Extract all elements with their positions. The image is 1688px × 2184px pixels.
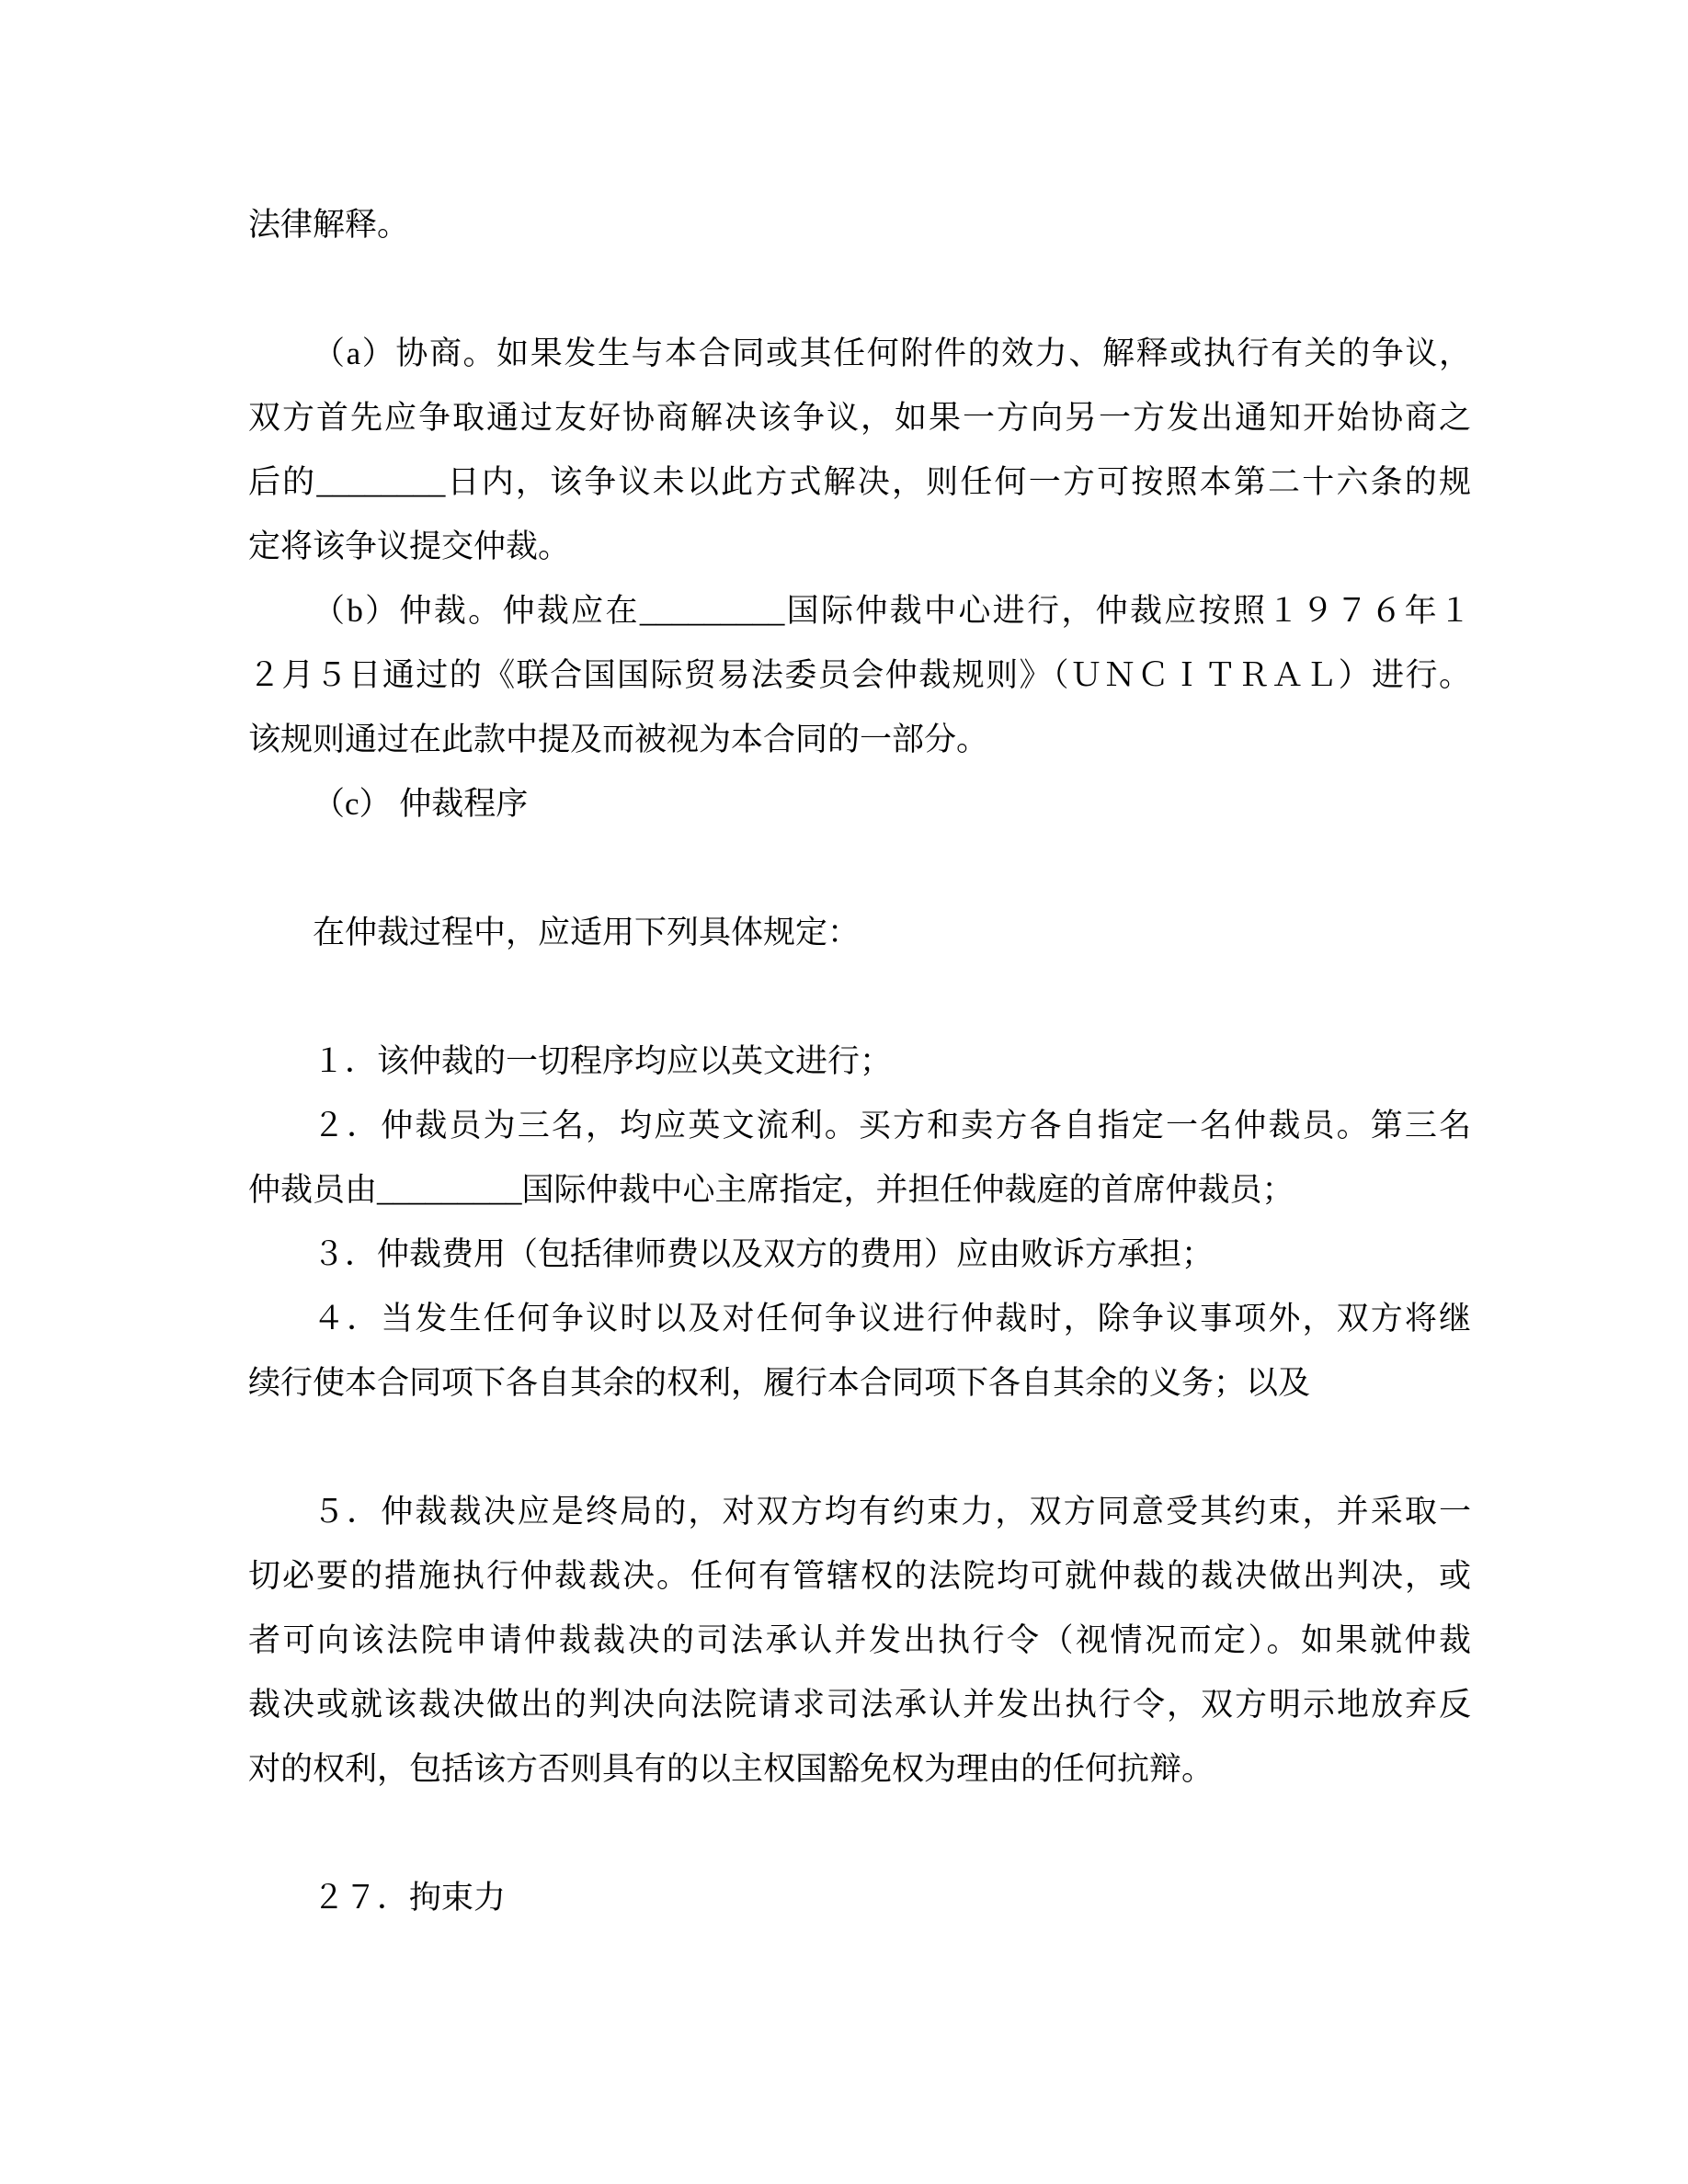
clause-a-line-4: 定将该争议提交仲裁。 <box>248 515 1471 579</box>
rule-5-line-3: 者可向该法院申请仲裁裁决的司法承认并发出执行令（视情况而定）。如果就仲裁 <box>248 1609 1471 1673</box>
blank-line <box>248 1416 1471 1480</box>
rule-5-line-4: 裁决或就该裁决做出的判决向法院请求司法承认并发出执行令，双方明示地放弃反 <box>248 1673 1471 1737</box>
rule-5-line-1: ５．仲裁裁决应是终局的，对双方均有约束力，双方同意受其约束，并采取一 <box>248 1480 1471 1544</box>
rule-1-item: １．该仲裁的一切程序均应以英文进行； <box>248 1029 1471 1094</box>
section-27-heading: ２７．拘束力 <box>248 1866 1471 1930</box>
rule-5-line-2: 切必要的措施执行仲裁裁决。任何有管辖权的法院均可就仲裁的裁决做出判决，或 <box>248 1544 1471 1609</box>
rule-3-line-1: ３．仲裁费用（包括律师费以及双方的费用）应由败诉方承担； <box>248 1223 1471 1287</box>
rule-5-line-5: 对的权利，包括该方否则具有的以主权国豁免权为理由的任何抗辩。 <box>248 1737 1471 1802</box>
procedure-intro-line: 在仲裁过程中，应适用下列具体规定： <box>248 901 1471 965</box>
clause-b-line-1: （b）仲裁。仲裁应在_________国际仲裁中心进行，仲裁应按照１９７６年１ <box>248 579 1471 643</box>
rule-2-line-2: 仲裁员由_________国际仲裁中心主席指定，并担任仲裁庭的首席仲裁员； <box>248 1158 1471 1223</box>
clause-b-line-2: ２月５日通过的《联合国国际贸易法委员会仲裁规则》（ＵＮＣＩＴＲＡＬ）进行。 <box>248 643 1471 708</box>
clause-b-paragraph: （b）仲裁。仲裁应在_________国际仲裁中心进行，仲裁应按照１９７６年１ … <box>248 579 1471 772</box>
blank-line <box>248 965 1471 1029</box>
clause-a-line-2: 双方首先应争取通过友好协商解决该争议，如果一方向另一方发出通知开始协商之 <box>248 386 1471 450</box>
clause-a-paragraph: （a）协商。如果发生与本合同或其任何附件的效力、解释或执行有关的争议， 双方首先… <box>248 322 1471 579</box>
blank-line <box>248 1802 1471 1866</box>
clause-a-line-1: （a）协商。如果发生与本合同或其任何附件的效力、解释或执行有关的争议， <box>248 322 1471 386</box>
rule-1-line-1: １．该仲裁的一切程序均应以英文进行； <box>248 1029 1471 1094</box>
blank-line <box>248 257 1471 322</box>
rule-4-item: ４．当发生任何争议时以及对任何争议进行仲裁时，除争议事项外，双方将继 续行使本合… <box>248 1287 1471 1416</box>
rule-4-line-2: 续行使本合同项下各自其余的权利，履行本合同项下各自其余的义务；以及 <box>248 1351 1471 1416</box>
rule-2-item: ２．仲裁员为三名，均应英文流利。买方和卖方各自指定一名仲裁员。第三名 仲裁员由_… <box>248 1094 1471 1223</box>
rule-3-item: ３．仲裁费用（包括律师费以及双方的费用）应由败诉方承担； <box>248 1223 1471 1287</box>
page-content: 法律解释。 （a）协商。如果发生与本合同或其任何附件的效力、解释或执行有关的争议… <box>248 193 1471 1930</box>
clause-a-line-3: 后的________日内，该争议未以此方式解决，则任何一方可按照本第二十六条的规 <box>248 450 1471 515</box>
document-page: 法律解释。 （a）协商。如果发生与本合同或其任何附件的效力、解释或执行有关的争议… <box>0 0 1688 2184</box>
continuation-paragraph-line: 法律解释。 <box>248 193 1471 257</box>
blank-line <box>248 836 1471 901</box>
rule-4-line-1: ４．当发生任何争议时以及对任何争议进行仲裁时，除争议事项外，双方将继 <box>248 1287 1471 1351</box>
rule-5-item: ５．仲裁裁决应是终局的，对双方均有约束力，双方同意受其约束，并采取一 切必要的措… <box>248 1480 1471 1802</box>
rule-2-line-1: ２．仲裁员为三名，均应英文流利。买方和卖方各自指定一名仲裁员。第三名 <box>248 1094 1471 1158</box>
clause-c-heading: （c） 仲裁程序 <box>248 772 1471 836</box>
clause-b-line-3: 该规则通过在此款中提及而被视为本合同的一部分。 <box>248 708 1471 772</box>
